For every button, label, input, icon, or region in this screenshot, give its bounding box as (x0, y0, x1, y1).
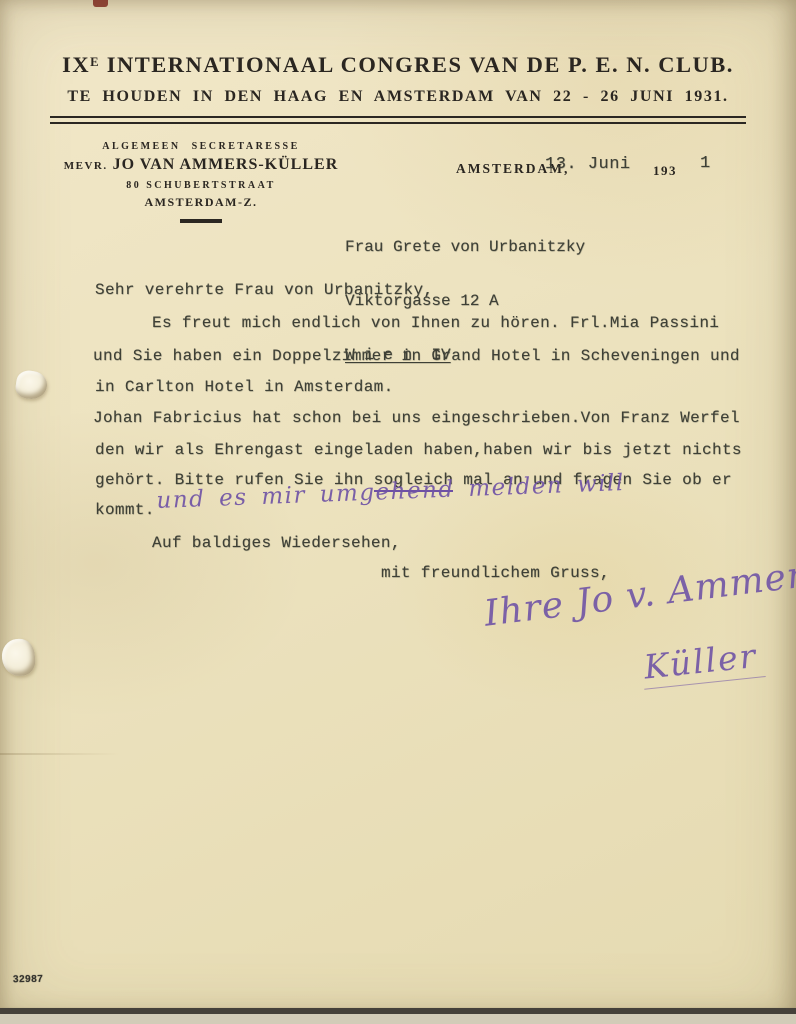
body-regards: mit freundlichem Gruss, (381, 564, 610, 582)
dateline-typed-year-digit: 1 (700, 154, 710, 173)
letterhead-title-rest: INTERNATIONAAL CONGRES VAN DE P. E. N. C… (100, 52, 734, 77)
secretary-block: ALGEMEEN SECRETARESSE MEVR. JO VAN AMMER… (58, 141, 344, 223)
secretary-city: AMSTERDAM-Z. (58, 195, 344, 210)
archive-number-stamp: 32987 (13, 974, 43, 986)
signature-line2: Küller (640, 635, 765, 689)
scan-edge-light (0, 1014, 796, 1024)
letter-paper: IXE INTERNATIONAAL CONGRES VAN DE P. E. … (0, 0, 796, 1024)
secretary-name-main: JO VAN AMMERS-KÜLLER (113, 156, 339, 173)
letterhead-title: IXE INTERNATIONAAL CONGRES VAN DE P. E. … (0, 52, 796, 78)
body-line: den wir als Ehrengast eingeladen haben,h… (95, 441, 742, 459)
body-line: kommt. (95, 501, 155, 519)
recipient-name: Frau Grete von Urbanitzky (345, 238, 585, 256)
punch-hole-top (14, 369, 49, 401)
body-closing: Auf baldiges Wiedersehen, (152, 534, 401, 552)
dateline-typed-date: 13. Juni (545, 155, 631, 174)
red-edge-mark (93, 0, 108, 7)
recipient-address: Frau Grete von Urbanitzky Viktorgasse 12… (345, 202, 585, 400)
punch-hole-bottom (0, 637, 37, 677)
secretary-dash-rule (180, 219, 222, 223)
body-line: in Carlton Hotel in Amsterdam. (95, 378, 394, 396)
secretary-name: MEVR. JO VAN AMMERS-KÜLLER (58, 156, 344, 174)
secretary-name-prefix: MEVR. (64, 160, 108, 172)
dateline-printed-year: 193 (653, 163, 677, 179)
secretary-role: ALGEMEEN SECRETARESSE (58, 141, 344, 152)
body-line: Es freut mich endlich von Ihnen zu hören… (152, 314, 719, 332)
body-line: Johan Fabricius hat schon bei uns einges… (93, 409, 740, 427)
body-line: und Sie haben ein Doppelzimmer in Grand … (93, 347, 740, 365)
letterhead-title-prefix: IX (62, 52, 90, 77)
paper-crease (0, 753, 120, 755)
body-salutation: Sehr verehrte Frau von Urbanitzky, (95, 281, 433, 299)
letterhead-subtitle: TE HOUDEN IN DEN HAAG EN AMSTERDAM VAN 2… (0, 88, 796, 106)
letterhead-double-rule (50, 116, 746, 124)
letterhead-title-superscript: E (90, 55, 99, 69)
secretary-street: 80 SCHUBERTSTRAAT (58, 180, 344, 191)
